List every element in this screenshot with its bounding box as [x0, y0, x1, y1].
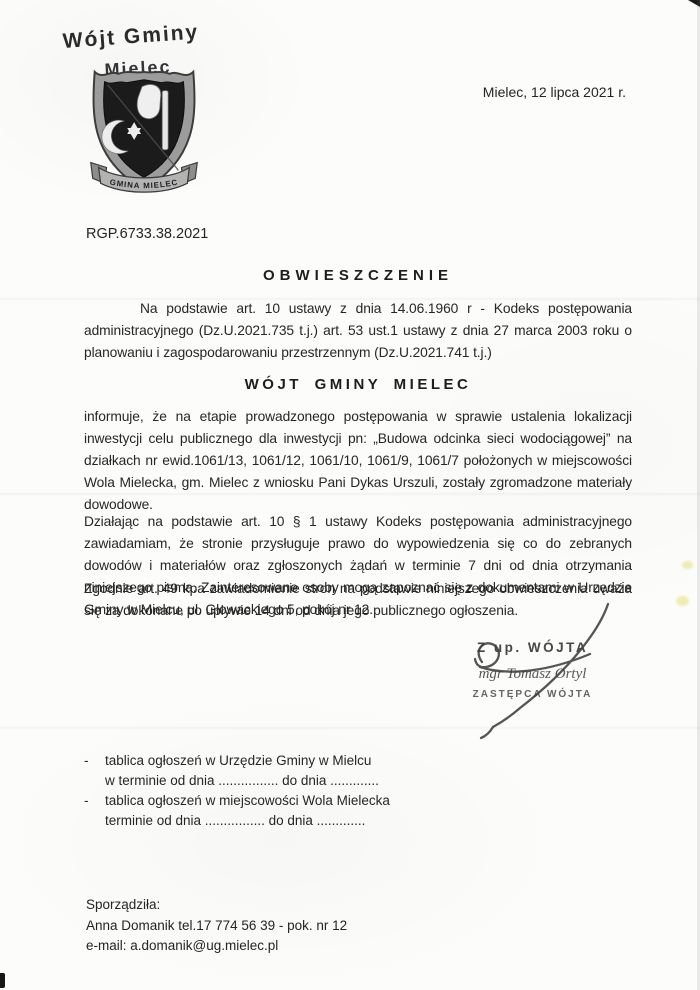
posting-item-line2: w terminie od dnia ................ do d…: [105, 773, 379, 788]
scan-yellow-smudge: [682, 561, 693, 569]
posting-item-text: tablica ogłoszeń w Urzędzie Gminy w Miel…: [105, 751, 379, 791]
document-title: OBWIESZCZENIE: [84, 267, 632, 284]
posting-item-line1: tablica ogłoszeń w miejscowości Wola Mie…: [105, 793, 390, 808]
body-paragraph-1: informuje, że na etapie prowadzonego pos…: [84, 406, 632, 516]
posting-list: - tablica ogłoszeń w Urzędzie Gminy w Mi…: [84, 751, 390, 831]
posting-list-item: - tablica ogłoszeń w Urzędzie Gminy w Mi…: [84, 751, 390, 791]
footer-block: Sporządziła: Anna Domanik tel.17 774 56 …: [86, 895, 347, 957]
scanned-letter-page: Wójt Gminy Mielec GMINA MIELEC Mielec, 1…: [0, 0, 700, 990]
signature-name: mgr Tomasz Ortyl: [435, 666, 630, 683]
legal-basis-paragraph: Na podstawie art. 10 ustawy z dnia 14.06…: [84, 298, 632, 364]
bullet-dash: -: [84, 791, 105, 831]
scan-crease-line: [0, 726, 700, 730]
scan-crease-line: [0, 492, 700, 496]
posting-list-item: - tablica ogłoszeń w miejscowości Wola M…: [84, 791, 390, 831]
signature-position: ZASTĘPCA WÓJTA: [445, 689, 620, 700]
prepared-by-label: Sporządziła:: [86, 895, 347, 916]
signature-authorization: Z up. WÓJTA: [450, 640, 615, 655]
place-and-date: Mielec, 12 lipca 2021 r.: [483, 84, 626, 100]
reference-number: RGP.6733.38.2021: [86, 226, 208, 242]
sender-office-line1: Wójt Gminy: [62, 20, 200, 53]
posting-item-text: tablica ogłoszeń w miejscowości Wola Mie…: [105, 791, 390, 831]
prepared-by-email: e-mail: a.domanik@ug.mielec.pl: [86, 936, 347, 957]
bullet-dash: -: [84, 751, 105, 791]
posting-item-line2: terminie od dnia ................ do dni…: [105, 813, 365, 828]
scan-yellow-smudge: [676, 596, 689, 606]
scan-crease-line: [0, 297, 700, 301]
body-paragraph-3: Zgodnie art. 49 kpa zawiadomienie stron …: [84, 578, 632, 622]
authority-heading: WÓJT GMINY MIELEC: [84, 376, 632, 393]
coat-of-arms-icon: GMINA MIELEC: [84, 62, 204, 202]
scan-corner-mark-bottom-left: [0, 973, 5, 988]
posting-item-line1: tablica ogłoszeń w Urzędzie Gminy w Miel…: [105, 753, 371, 768]
prepared-by-contact: Anna Domanik tel.17 774 56 39 - pok. nr …: [86, 916, 347, 937]
